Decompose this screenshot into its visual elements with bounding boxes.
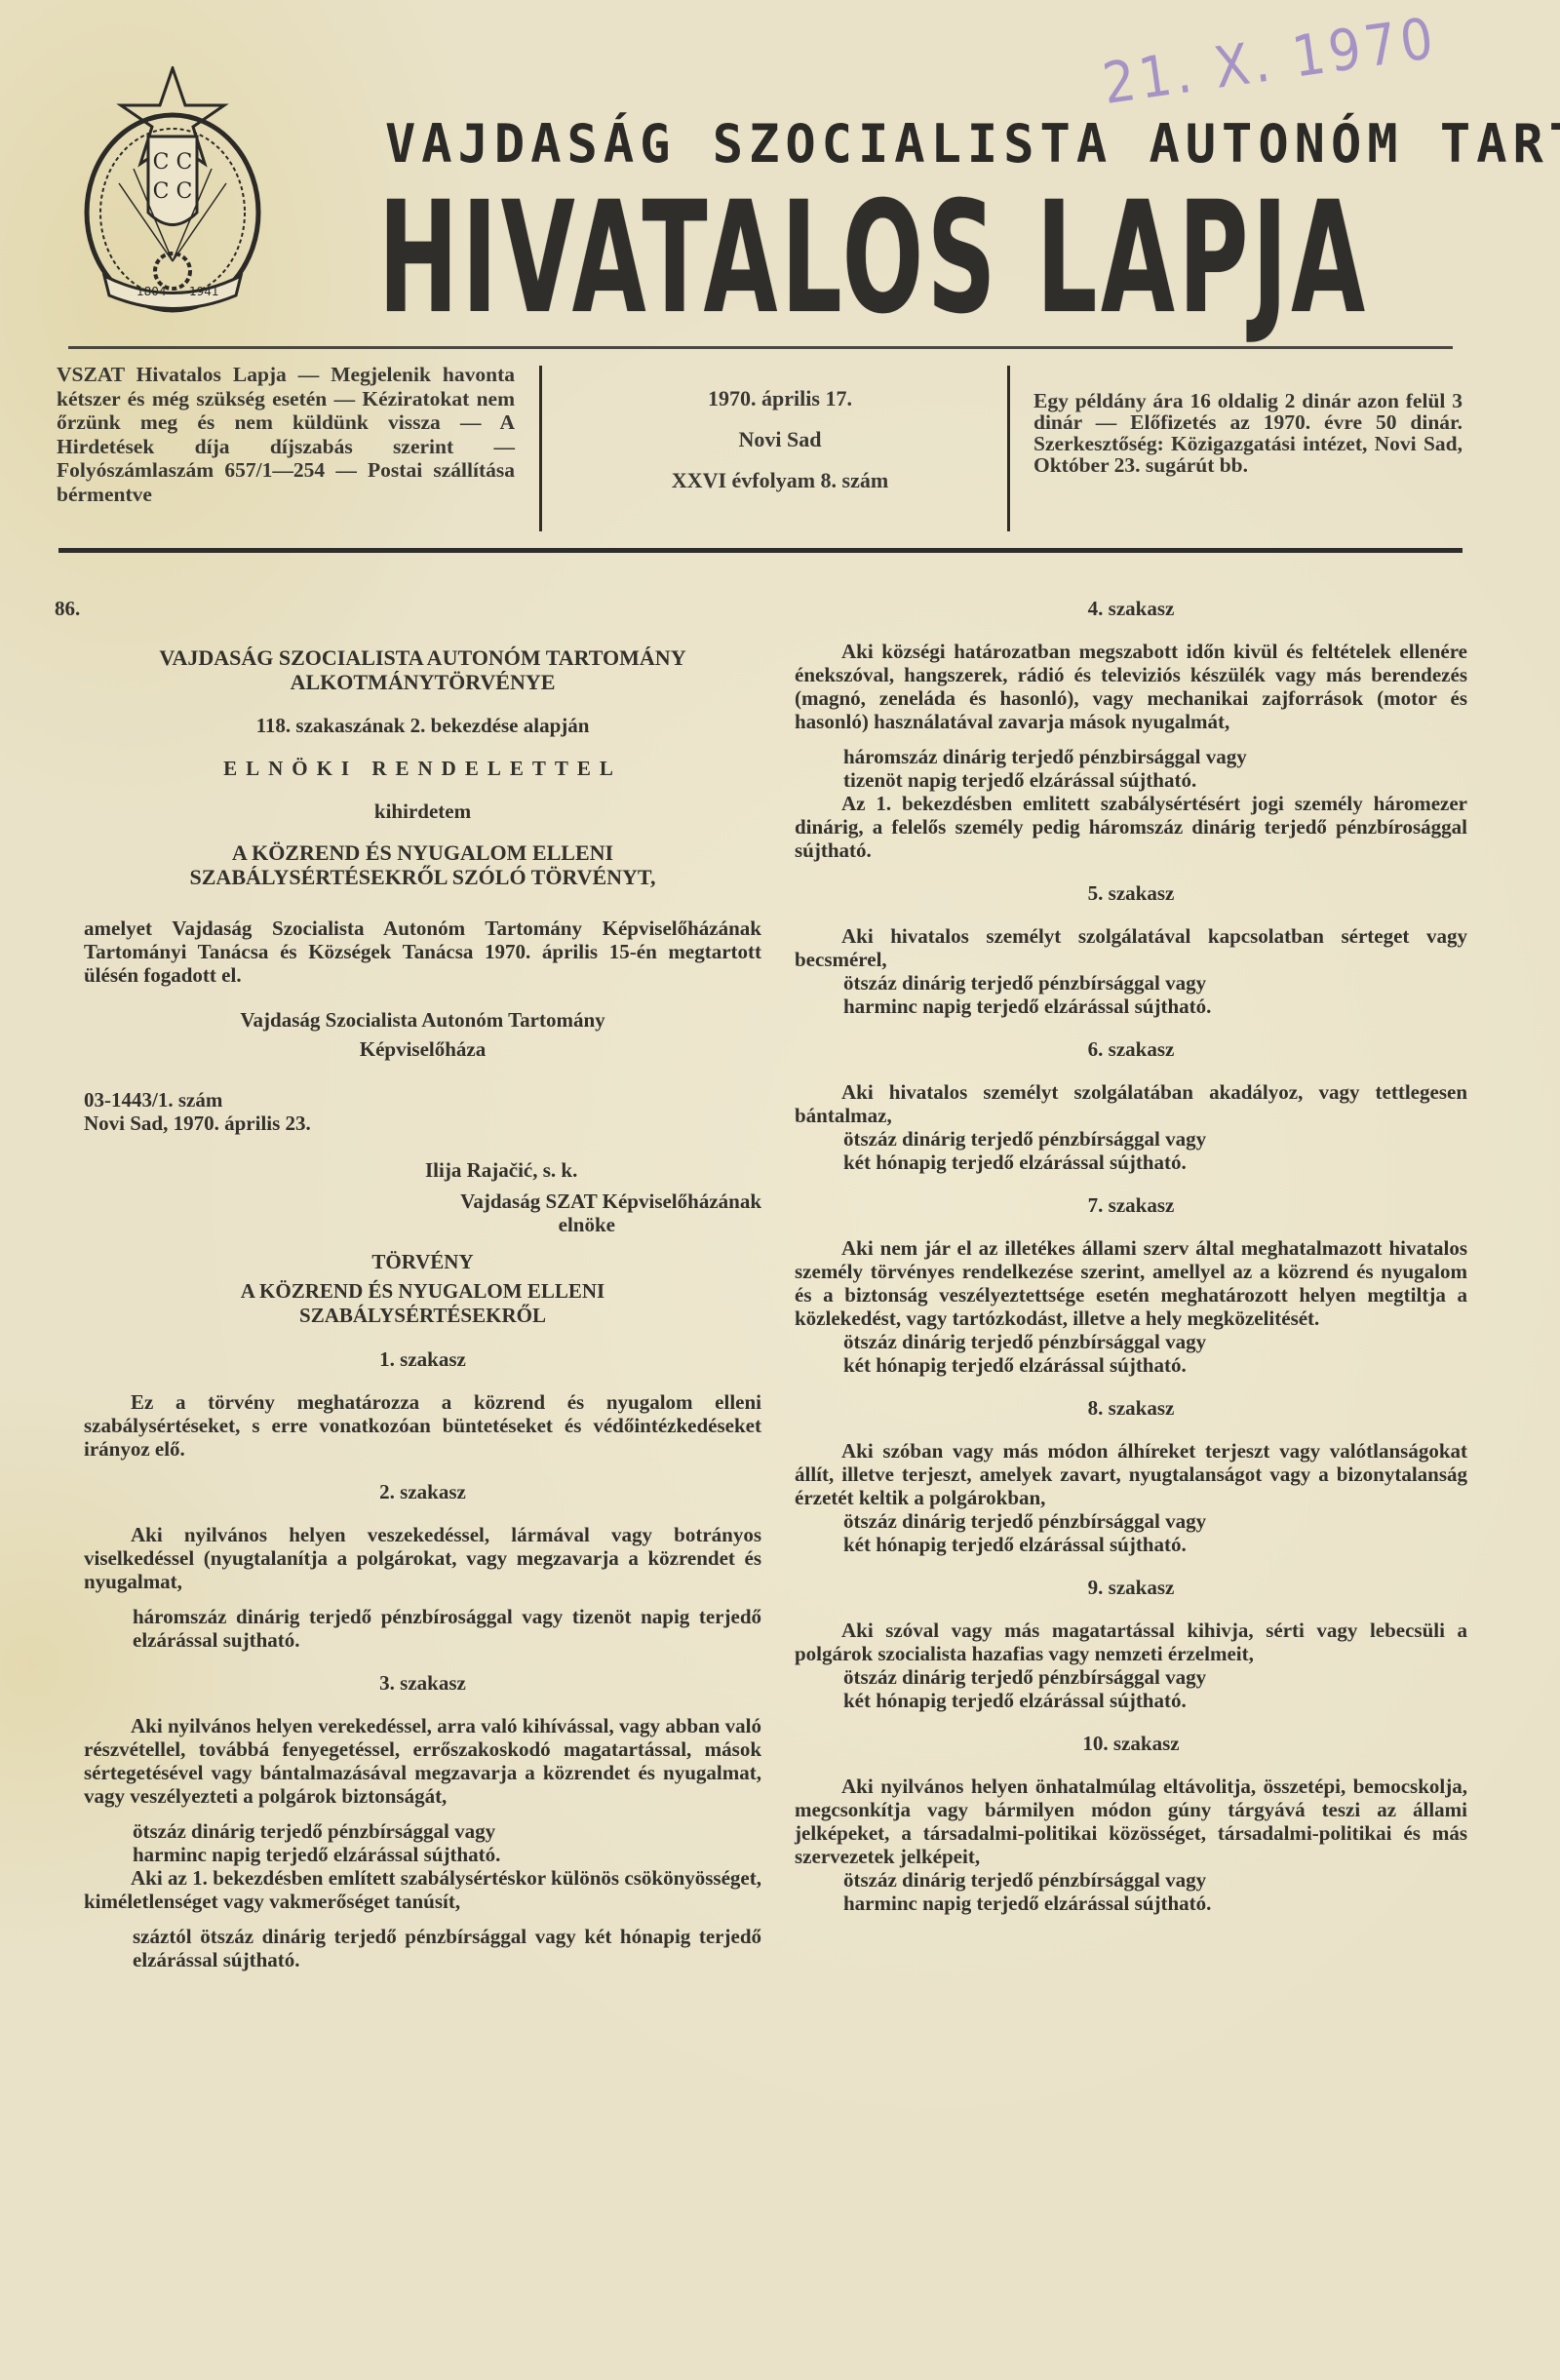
coat-of-arms-icon: C C C C 1804 1941 [80, 66, 265, 322]
promulgation: kihirdetem [84, 800, 761, 823]
section-text: Aki nyilvános helyen verekedéssel, arra … [84, 1714, 761, 1808]
section-title: 4. szakasz [795, 597, 1467, 620]
masthead-top-rule [68, 346, 1453, 349]
section-title: 6. szakasz [795, 1037, 1467, 1061]
signatory-role-2: elnöke [84, 1213, 761, 1236]
section-penalty: ötszáz dinárig terjedő pénzbírsággal vag… [795, 1330, 1467, 1353]
section-text: Aki hivatalos személyt szolgálatával kap… [795, 924, 1467, 971]
section-title: 8. szakasz [795, 1396, 1467, 1420]
section-penalty-2: harminc napig terjedő elzárással sújthat… [795, 995, 1467, 1018]
section-penalty: háromszáz dinárig terjedő pénzbírosággal… [84, 1605, 761, 1652]
svg-text:1941: 1941 [189, 285, 219, 298]
law-heading-2: A KÖZREND ÉS NYUGALOM ELLENI SZABÁLYSÉRT… [181, 1279, 664, 1328]
section-title: 10. szakasz [795, 1732, 1467, 1755]
section-penalty-3: száztól ötszáz dinárig terjedő pénzbírsá… [84, 1925, 761, 1971]
issue-info: 1970. április 17. Novi Sad XXVI évfolyam… [561, 388, 999, 511]
masthead-divider-left [539, 366, 542, 531]
signatory-role: Vajdaság SZAT Képviselőházának [84, 1190, 761, 1213]
section-penalty: háromszáz dinárig terjedő pénzbirsággal … [795, 745, 1467, 768]
section-penalty-2: harminc napig terjedő elzárással sújthat… [795, 1892, 1467, 1915]
section-penalty-2: tizenöt napig terjedő elzárással sújthat… [795, 768, 1467, 792]
section-text: Aki hivatalos személyt szolgálatában aka… [795, 1080, 1467, 1127]
section-penalty-2: két hónapig terjedő elzárással sújtható. [795, 1353, 1467, 1377]
section-text: Aki nem jár el az illetékes állami szerv… [795, 1236, 1467, 1330]
publication-info: VSZAT Hivatalos Lapja — Megjelenik havon… [57, 363, 515, 506]
publication-subtitle: VAJDASÁG SZOCIALISTA AUTONÓM TARTOMÁNY [385, 114, 1438, 176]
masthead-divider-right [1007, 366, 1010, 531]
section-penalty-2: két hónapig terjedő elzárással sújtható. [795, 1689, 1467, 1712]
svg-text:C C: C C [153, 150, 193, 175]
legal-basis: 118. szakaszának 2. bekezdése alapján [84, 714, 761, 737]
law-title: A KÖZREND ÉS NYUGALOM ELLENI SZABÁLYSÉRT… [123, 840, 722, 889]
section-penalty-2: harminc napig terjedő elzárással sújthat… [84, 1843, 761, 1866]
issue-number: XXVI évfolyam 8. szám [561, 470, 999, 511]
issue-place: Novi Sad [561, 429, 999, 470]
decree-heading: ELNÖKI RENDELETTEL [84, 757, 761, 780]
section-title: 9. szakasz [795, 1576, 1467, 1599]
section-title: 2. szakasz [84, 1480, 761, 1503]
issue-date: 1970. április 17. [561, 388, 999, 429]
section-title: 5. szakasz [795, 881, 1467, 905]
section-text-2: Aki az 1. bekezdésben említett szabálysé… [84, 1866, 761, 1913]
law-heading: TÖRVÉNY [84, 1250, 761, 1273]
section-text: Ez a törvény meghatározza a közrend és n… [84, 1390, 761, 1461]
section-title: 3. szakasz [84, 1671, 761, 1695]
reference-date: Novi Sad, 1970. április 23. [84, 1112, 761, 1135]
section-penalty: ötszáz dinárig terjedő pénzbírsággal vag… [795, 1509, 1467, 1533]
item-number: 86. [55, 597, 761, 620]
left-column: 86. VAJDASÁG SZOCIALISTA AUTONÓM TARTOMÁ… [84, 597, 761, 1971]
date-stamp: 21. X. 1970 [1099, 8, 1418, 119]
svg-text:C C: C C [153, 179, 193, 204]
section-text: Aki nyilvános helyen veszekedéssel, lárm… [84, 1523, 761, 1593]
publication-title: HIVATALOS LAPJA [378, 185, 1038, 332]
section-penalty: ötszáz dinárig terjedő pénzbírsággal vag… [795, 1127, 1467, 1151]
constitution-heading: VAJDASÁG SZOCIALISTA AUTONÓM TARTOMÁNY A… [123, 645, 722, 694]
reference-number: 03-1443/1. szám [84, 1088, 761, 1112]
assembly-name: Vajdaság Szocialista Autonóm Tartomány [84, 1008, 761, 1032]
adoption-text: amelyet Vajdaság Szocialista Autonóm Tar… [84, 917, 761, 987]
pricing-info: Egy példány ára 16 oldalig 2 dinár azon … [1033, 390, 1462, 476]
section-penalty-2: két hónapig terjedő elzárással sújtható. [795, 1533, 1467, 1556]
section-text: Aki szóval vagy más magatartással kihivj… [795, 1619, 1467, 1665]
section-title: 7. szakasz [795, 1193, 1467, 1217]
section-penalty: ötszáz dinárig terjedő pénzbírsággal vag… [84, 1819, 761, 1843]
section-penalty: ötszáz dinárig terjedő pénzbírsággal vag… [795, 1868, 1467, 1892]
right-column: 4. szakasz Aki községi határozatban megs… [795, 597, 1467, 1915]
section-penalty: ötszáz dinárig terjedő pénzbírsággal vag… [795, 971, 1467, 995]
section-penalty: ötszáz dinárig terjedő pénzbírsággal vag… [795, 1665, 1467, 1689]
section-title: 1. szakasz [84, 1347, 761, 1371]
assembly-name-2: Képviselőháza [84, 1037, 761, 1061]
section-penalty-2: két hónapig terjedő elzárással sújtható. [795, 1151, 1467, 1174]
svg-text:1804: 1804 [136, 285, 167, 298]
section-text: Aki nyilvános helyen önhatalmúlag eltávo… [795, 1775, 1467, 1868]
section-text-2: Az 1. bekezdésben emlitett szabálysértés… [795, 792, 1467, 862]
masthead-bottom-rule [58, 548, 1462, 553]
section-text: Aki községi határozatban megszabott időn… [795, 640, 1467, 733]
signatory-name: Ilija Rajačić, s. k. [84, 1158, 761, 1182]
section-text: Aki szóban vagy más módon álhíreket terj… [795, 1439, 1467, 1509]
